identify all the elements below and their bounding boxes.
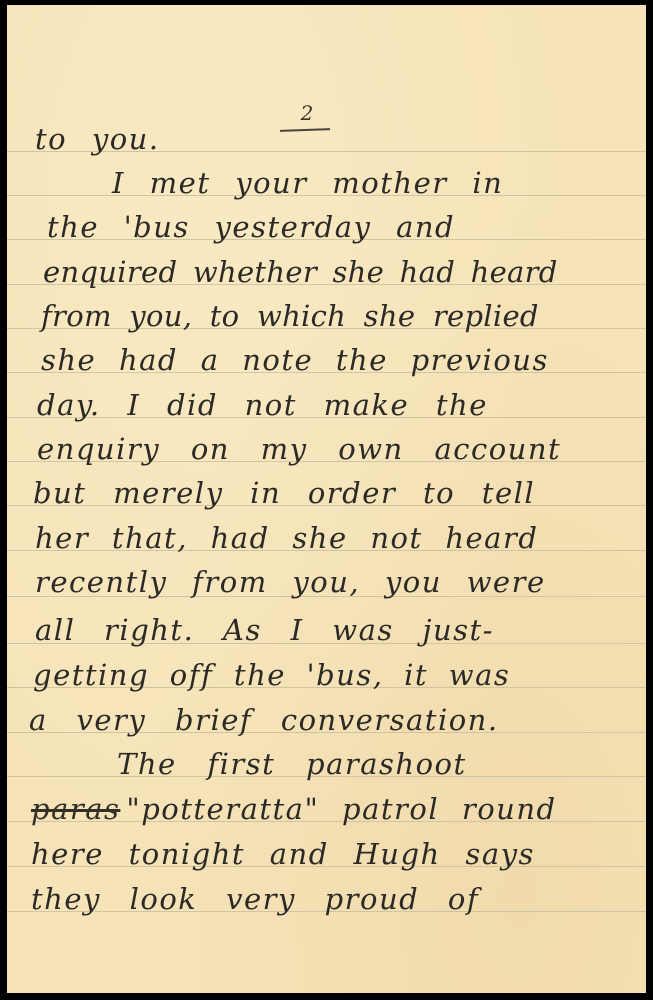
page-number: 2 [287, 101, 327, 125]
letter-line-11: recently from you, you were [35, 568, 546, 597]
letter-line-12: all right. As I was just- [35, 616, 494, 645]
letter-line-7: day. I did not make the [37, 391, 488, 420]
letter-line-5: from you, to which she replied [41, 302, 539, 331]
letter-line-8: enquiry on my own account [37, 435, 561, 464]
letter-line-10: her that, had she not heard [35, 524, 538, 553]
struck-out-word: paras [31, 792, 120, 826]
letter-page: 2 to you. I met your mother in the 'bus … [7, 5, 646, 993]
letter-line-16-text: "potteratta" patrol round [126, 792, 556, 826]
letter-line-9: but merely in order to tell [33, 479, 535, 508]
letter-line-4: enquired whether she had heard [43, 258, 558, 287]
letter-line-13: getting off the 'bus, it was [33, 661, 510, 690]
letter-line-17: here tonight and Hugh says [31, 840, 535, 869]
letter-line-16: paras"potteratta" patrol round [31, 795, 557, 824]
letter-line-3: the 'bus yesterday and [47, 213, 455, 242]
letter-line-6: she had a note the previous [41, 346, 549, 375]
page-number-underline [280, 128, 330, 132]
letter-line-14: a very brief conversation. [29, 706, 499, 735]
letter-line-15: The first parashoot [117, 750, 467, 779]
letter-line-18: they look very proud of [31, 885, 479, 914]
letter-line-2: I met your mother in [112, 169, 503, 198]
letter-line-1: to you. [35, 125, 160, 154]
